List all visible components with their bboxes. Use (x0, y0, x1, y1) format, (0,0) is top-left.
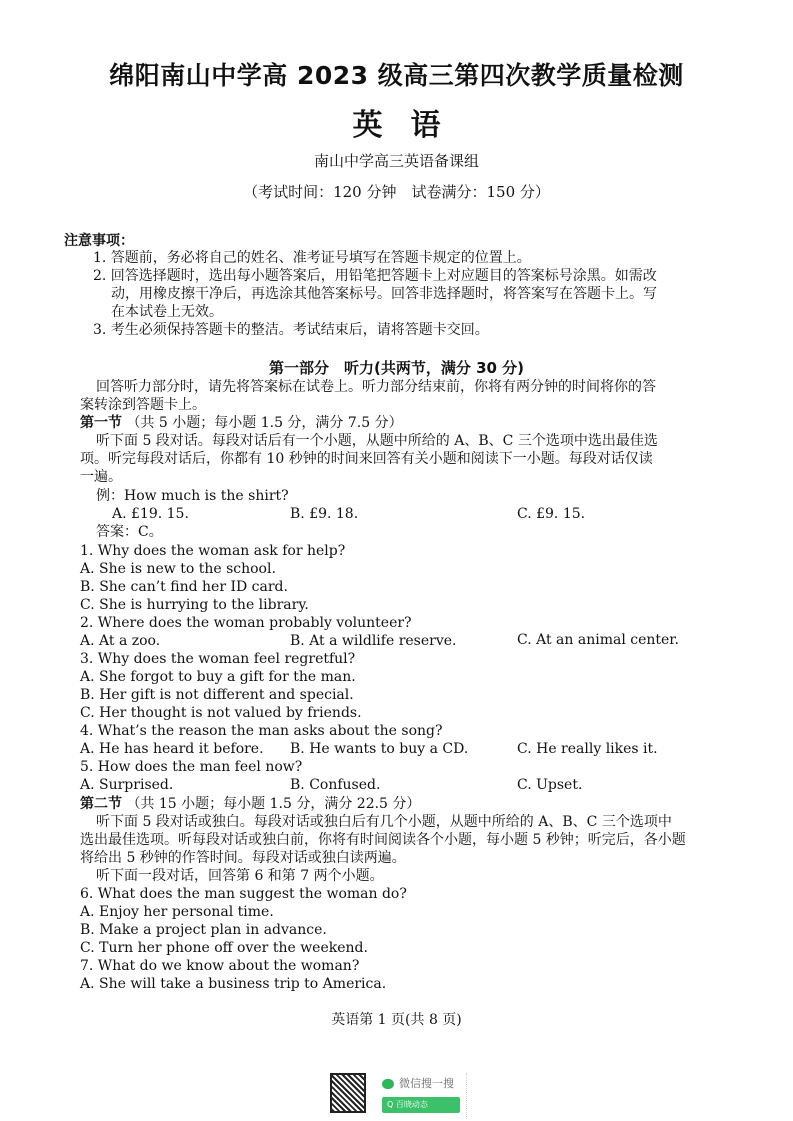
question-3-option-c: C. Her thought is not valued by friends. (80, 704, 362, 722)
wechat-icon (382, 1079, 394, 1089)
notice-item: 动，用橡皮擦干净后，再选涂其他答案标号。回答非选择题时，将答案写在答题卡上。写 (111, 285, 657, 303)
section1-header: 第一节 （共 5 小题；每小题 1.5 分，满分 7.5 分） (80, 414, 403, 432)
section2-header: 第二节 （共 15 小题；每小题 1.5 分，满分 22.5 分） (80, 795, 420, 813)
notice-item: 在本试卷上无效。 (111, 303, 223, 321)
question-4: 4. What’s the reason the man asks about … (80, 722, 442, 740)
prep-group: 南山中学高三英语备课组 (0, 150, 793, 171)
question-6-option-a: A. Enjoy her personal time. (80, 903, 274, 921)
question-2: 2. Where does the woman probably volunte… (80, 614, 412, 632)
part1-heading: 第一部分 听力(共两节，满分 30 分) (0, 359, 793, 377)
example-answer: 答案：C。 (96, 523, 163, 541)
notice-item: 1. 答题前，务必将自己的姓名、准考证号填写在答题卡规定的位置上。 (93, 249, 531, 267)
section2-instructions: 将给出 5 秒钟的作答时间。每段对话或独白读两遍。 (80, 849, 406, 867)
section1-score: （共 5 小题；每小题 1.5 分，满分 7.5 分） (126, 415, 402, 431)
qr-code-icon (330, 1073, 366, 1113)
question-1: 1. Why does the woman ask for help? (80, 542, 345, 560)
section1-instructions: 一遍。 (80, 468, 122, 486)
divider (466, 1073, 468, 1119)
question-1-option-a: A. She is new to the school. (80, 560, 276, 578)
notice-item: 2. 回答选择题时，选出每小题答案后，用铅笔把答题卡上对应题目的答案标号涂黑。如… (93, 267, 657, 285)
question-6-option-c: C. Turn her phone off over the weekend. (80, 939, 368, 957)
section1-label: 第一节 (80, 415, 122, 431)
question-1-option-b: B. She can’t find her ID card. (80, 578, 288, 596)
part1-intro: 案转涂到答题卡上。 (80, 396, 206, 414)
wechat-search-widget: 微信搜一搜 Q 百晓动态 (330, 1073, 470, 1117)
question-7-option-a: A. She will take a business trip to Amer… (80, 975, 386, 993)
subject-title: 英语 (0, 100, 793, 144)
question-1-option-c: C. She is hurrying to the library. (80, 596, 309, 614)
example-option-c: C. £9. 15. (517, 505, 585, 523)
section1-instructions: 项。听完每段对话后，你都有 10 秒钟的时间来回答有关小题和阅读下一小题。每段对… (80, 450, 653, 468)
question-3-option-b: B. Her gift is not different and special… (80, 686, 354, 704)
question-5-option-b: B. Confused. (290, 776, 380, 794)
question-4-option-b: B. He wants to buy a CD. (290, 740, 468, 758)
question-6: 6. What does the man suggest the woman d… (80, 885, 407, 903)
section2-instructions: 听下面 5 段对话或独白。每段对话或独白后有几个小题，从题中所给的 A、B、C … (96, 813, 672, 831)
question-5: 5. How does the man feel now? (80, 758, 302, 776)
question-4-option-a: A. He has heard it before. (80, 740, 264, 758)
wechat-search-label: 微信搜一搜 (382, 1075, 454, 1091)
exam-title: 绵阳南山中学高 2023 级高三第四次教学质量检测 (0, 56, 793, 92)
notice-heading: 注意事项： (64, 232, 134, 250)
page-footer: 英语第 1 页(共 8 页) (0, 1009, 793, 1029)
question-4-option-c: C. He really likes it. (517, 740, 658, 758)
section2-instructions: 选出最佳选项。听每段对话或独白前，你将有时间阅读各个小题，每小题 5 秒钟；听完… (80, 831, 686, 849)
notice-item: 3. 考生必须保持答题卡的整洁。考试结束后，请将答题卡交回。 (93, 321, 489, 339)
section2-label: 第二节 (80, 796, 122, 812)
question-3-option-a: A. She forgot to buy a gift for the man. (80, 668, 356, 686)
question-2-option-c: C. At an animal center. (517, 631, 679, 649)
section1-instructions: 听下面 5 段对话。每段对话后有一个小题，从题中所给的 A、B、C 三个选项中选… (96, 432, 658, 450)
question-3: 3. Why does the woman feel regretful? (80, 650, 355, 668)
question-2-option-b: B. At a wildlife reserve. (290, 632, 456, 650)
exam-time-info: （考试时间：120 分钟 试卷满分：150 分） (0, 181, 793, 202)
example-option-a: A. £19. 15. (112, 505, 189, 523)
example-option-b: B. £9. 18. (290, 505, 358, 523)
section2-instructions: 听下面一段对话，回答第 6 和第 7 两个小题。 (96, 867, 384, 885)
part1-intro: 回答听力部分时，请先将答案标在试卷上。听力部分结束前，你将有两分钟的时间将你的答 (96, 378, 656, 396)
question-7: 7. What do we know about the woman? (80, 957, 359, 975)
question-6-option-b: B. Make a project plan in advance. (80, 921, 327, 939)
wechat-search-box[interactable]: Q 百晓动态 (382, 1097, 460, 1113)
question-5-option-a: A. Surprised. (80, 776, 173, 794)
section2-score: （共 15 小题；每小题 1.5 分，满分 22.5 分） (126, 796, 420, 812)
question-2-option-a: A. At a zoo. (80, 632, 160, 650)
example-question: 例：How much is the shirt? (96, 487, 289, 505)
exam-page: 绵阳南山中学高 2023 级高三第四次教学质量检测 英语 南山中学高三英语备课组… (0, 0, 793, 1121)
question-5-option-c: C. Upset. (517, 776, 582, 794)
